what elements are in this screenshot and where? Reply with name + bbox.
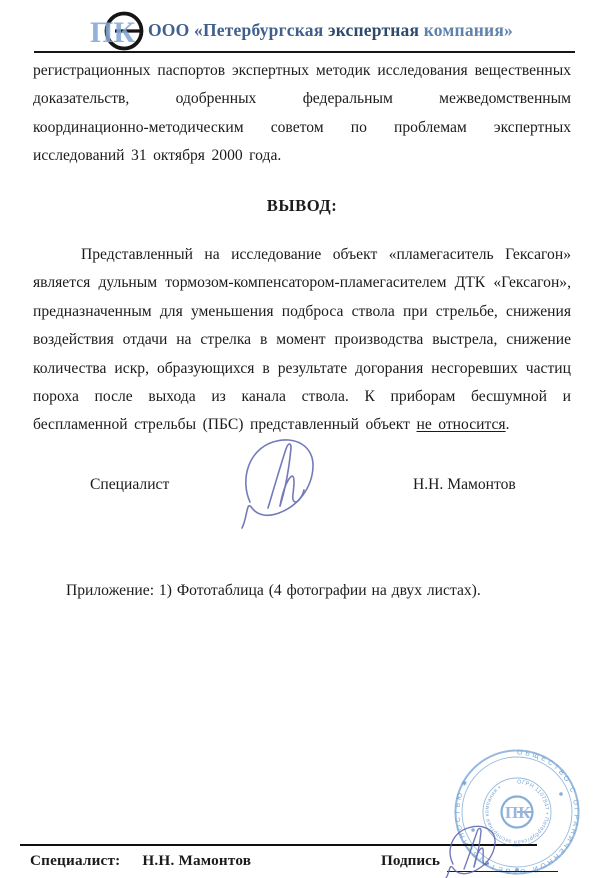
stamp-monogram: ПК <box>505 803 531 822</box>
company-name: ООО «Петербургская экспертная компания» <box>148 20 548 41</box>
logo-monogram: ПК <box>90 16 135 49</box>
specialist-role-label: Специалист <box>90 476 169 494</box>
footer-specialist-block: Специалист: Н.Н. Мамонтов <box>30 852 251 870</box>
footer-role-label: Специалист: <box>30 852 120 870</box>
attachment-line: Приложение: 1) Фототаблица (4 фотографии… <box>66 582 481 600</box>
footer-specialist-name: Н.Н. Мамонтов <box>142 852 251 870</box>
signature-field-label: Подпись <box>381 852 440 870</box>
company-logo: ПК <box>88 6 148 54</box>
conclusion-underlined-phrase: не относится <box>417 416 506 433</box>
document-page: ПК ООО «Петербургская экспертная компани… <box>0 0 598 878</box>
footer-signature-icon <box>441 824 515 878</box>
intro-paragraph: регистрационных паспортов экспертных мет… <box>33 57 571 171</box>
company-main: «Петербургская <box>194 20 323 40</box>
conclusion-paragraph: Представленный на исследование объект «п… <box>33 241 571 440</box>
company-prefix: ООО <box>148 20 189 40</box>
header-divider <box>34 51 575 53</box>
conclusion-text: Представленный на исследование объект «п… <box>33 246 571 433</box>
specialist-name: Н.Н. Мамонтов <box>413 476 516 494</box>
company-tail: компания» <box>424 20 513 40</box>
specialist-signature-icon <box>228 436 328 536</box>
conclusion-period: . <box>506 416 510 433</box>
conclusion-heading: ВЫВОД: <box>33 196 571 216</box>
company-emphasis: экспертная <box>328 20 419 40</box>
